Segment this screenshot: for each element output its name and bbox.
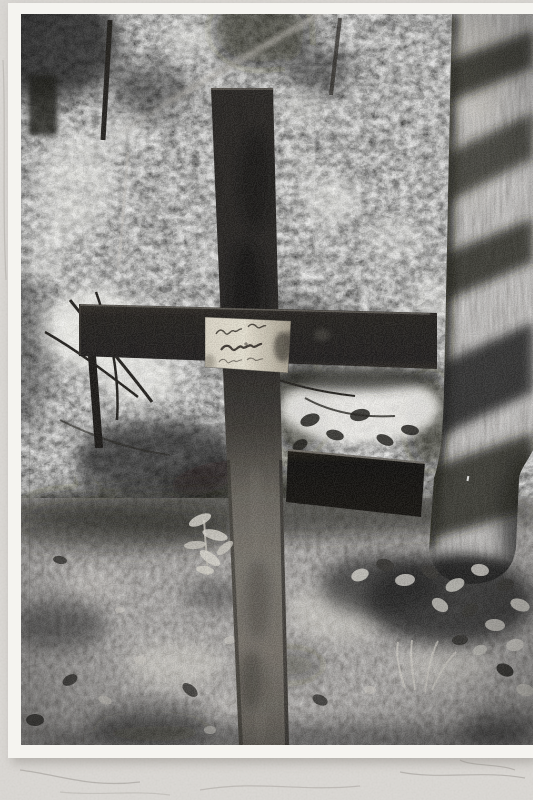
photo-print <box>0 0 533 763</box>
vignette <box>21 14 533 745</box>
photograph: Black-and-white photograph of a dark woo… <box>0 0 533 800</box>
photo-canvas <box>0 0 533 800</box>
photo-image <box>0 0 533 756</box>
